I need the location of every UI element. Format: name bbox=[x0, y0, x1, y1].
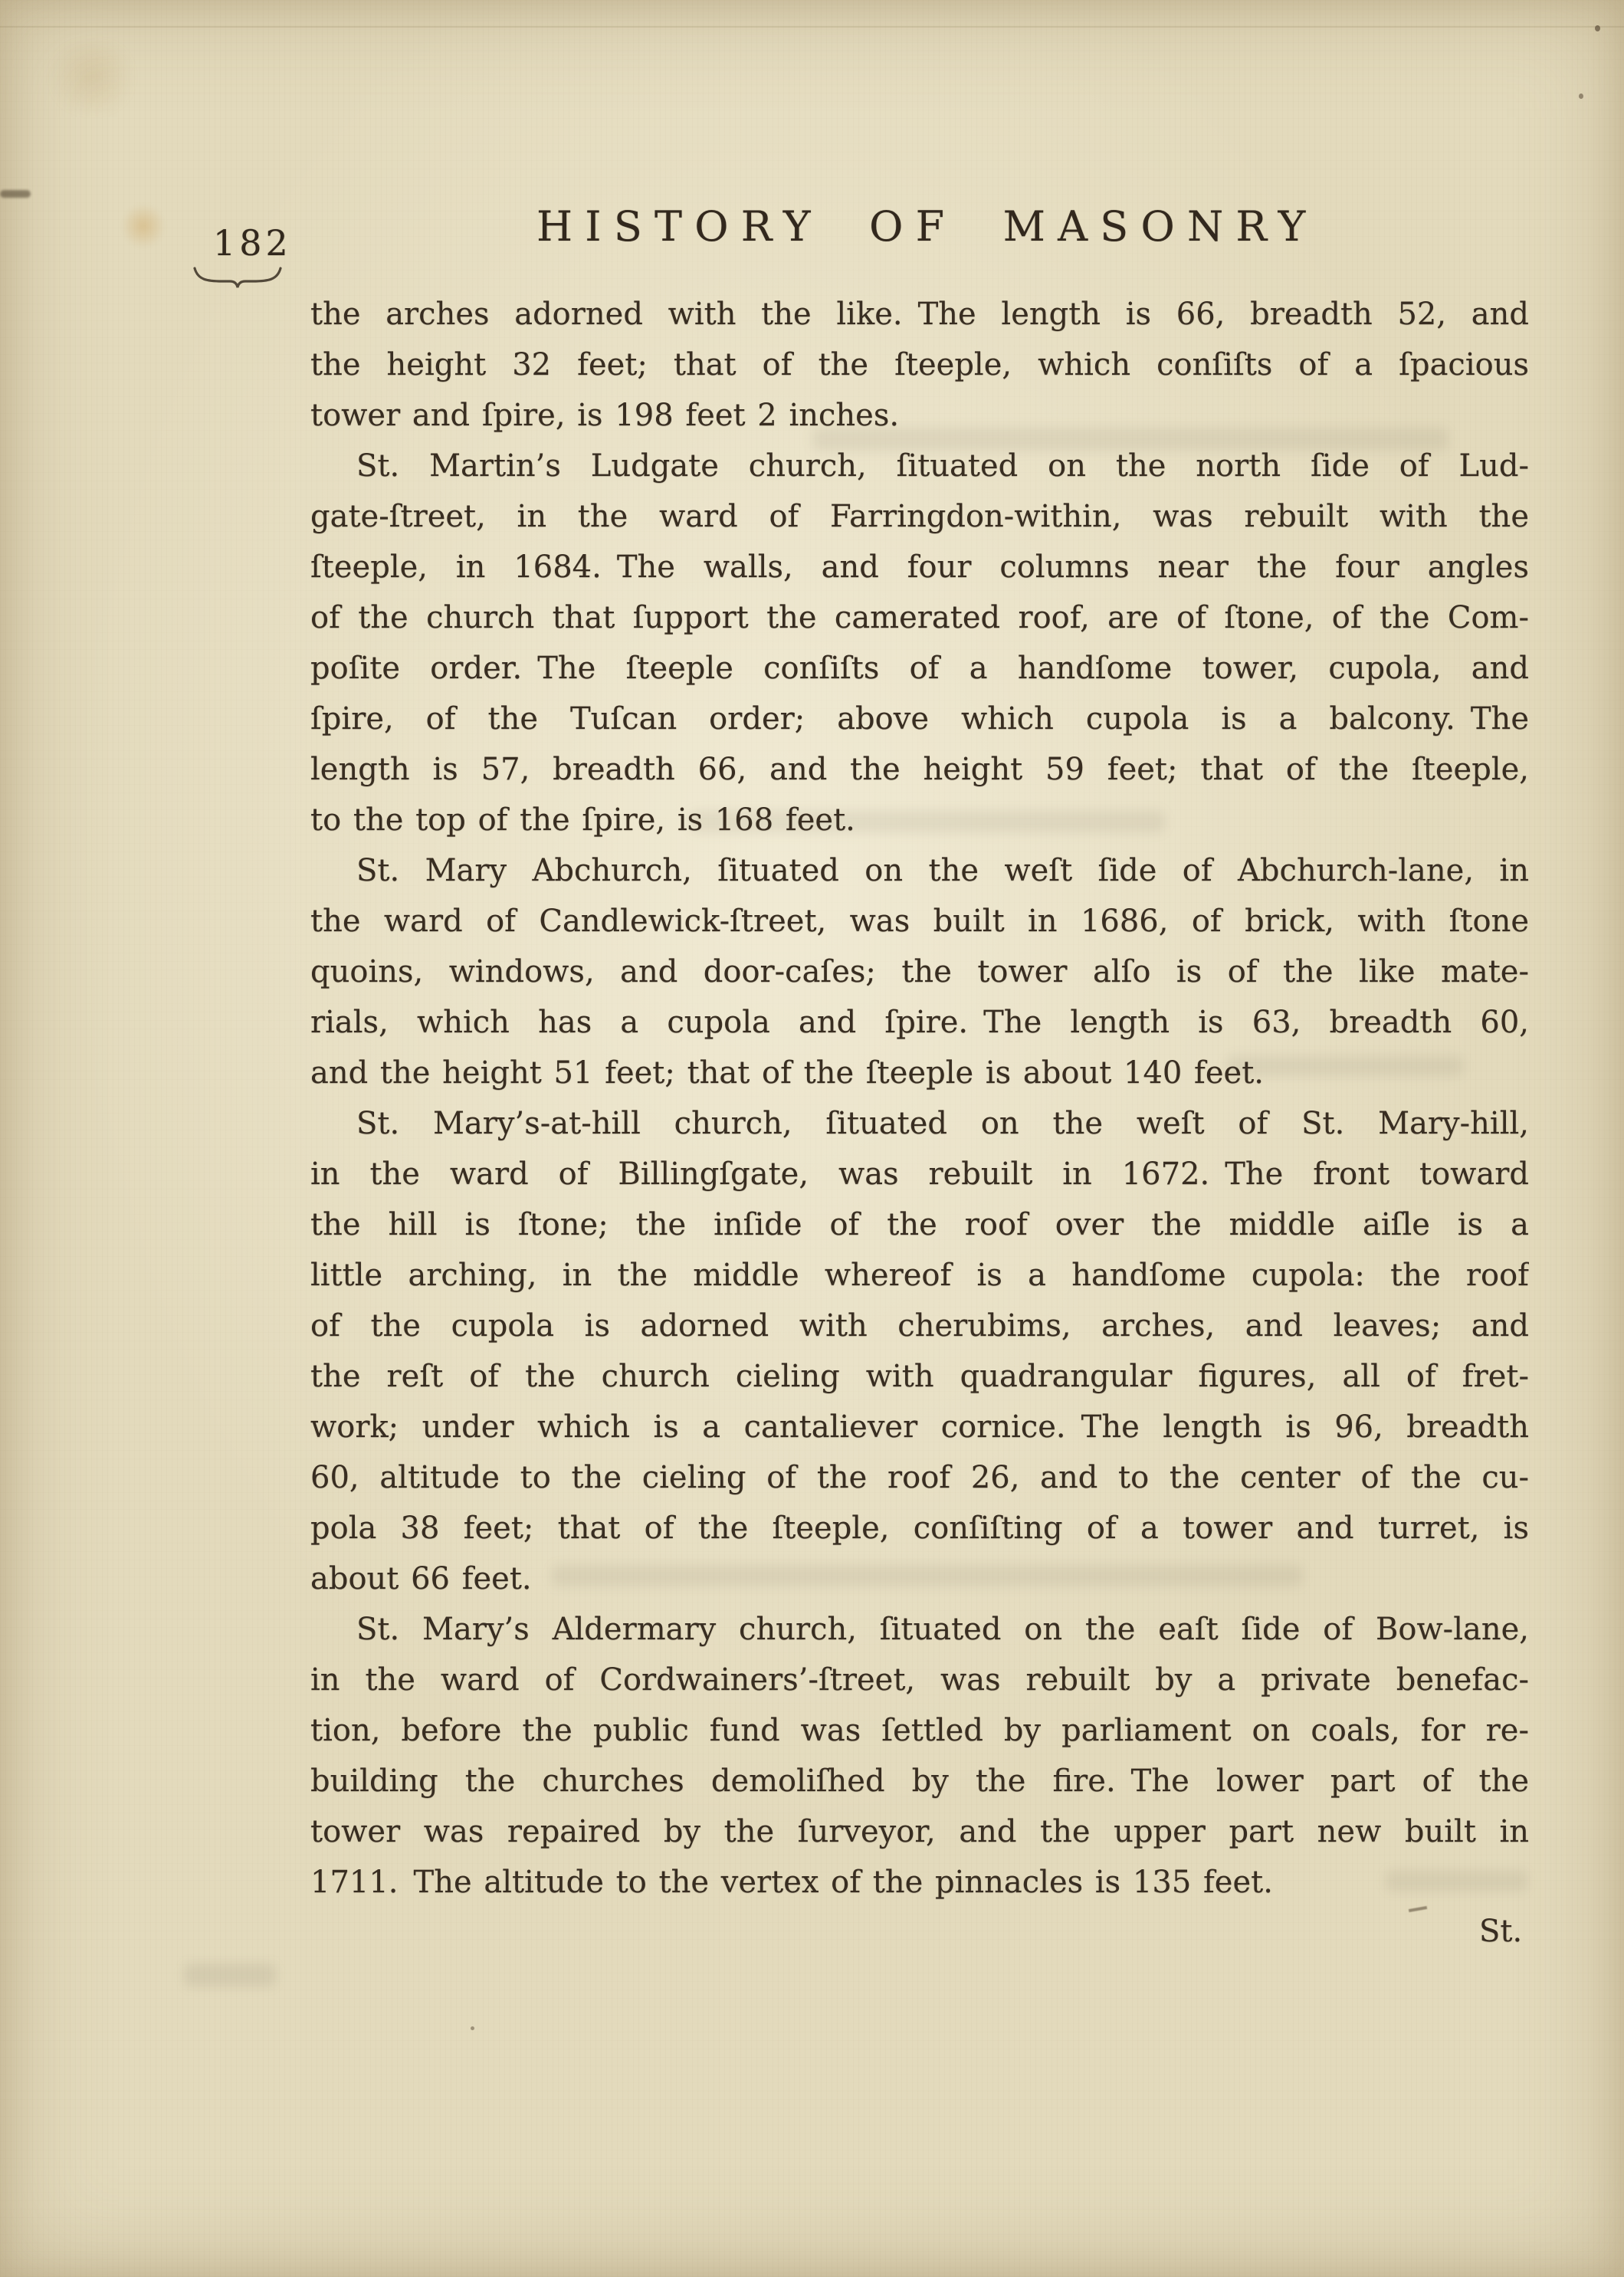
text-line: St. Mary Abchurch, ſituated on the weſt … bbox=[310, 845, 1529, 896]
text-line: ſpire, of the Tuſcan order; above which … bbox=[310, 694, 1529, 744]
text-line: of the church that ſupport the camerated… bbox=[310, 592, 1529, 643]
page-number-brace-icon bbox=[192, 266, 284, 289]
ink-speck bbox=[1595, 25, 1600, 31]
show-through-mark bbox=[184, 1964, 276, 1987]
text-line: St. Mary’s Aldermary church, ſituated on… bbox=[310, 1604, 1529, 1655]
text-line: little arching, in the middle whereof is… bbox=[310, 1250, 1529, 1301]
ink-speck bbox=[1579, 94, 1583, 99]
page-number: 182 bbox=[213, 222, 292, 264]
text-line: the reſt of the church cieling with quad… bbox=[310, 1351, 1529, 1402]
text-line: in the ward of Cordwainers’-ſtreet, was … bbox=[310, 1655, 1529, 1705]
text-line: gate-ſtreet, in the ward of Farringdon-w… bbox=[310, 491, 1529, 542]
text-line: and the height 51 feet; that of the ſtee… bbox=[310, 1048, 1529, 1098]
paper-crease bbox=[0, 26, 1624, 28]
text-line: 1711. The altitude to the vertex of the … bbox=[310, 1857, 1529, 1908]
body-text: the arches adorned with the like. The le… bbox=[310, 289, 1529, 1908]
text-line: length is 57, breadth 66, and the height… bbox=[310, 744, 1529, 795]
text-line: to the top of the ſpire, is 168 feet. bbox=[310, 795, 1529, 845]
paper-stain bbox=[121, 204, 166, 248]
text-line: in the ward of Billingſgate, was rebuilt… bbox=[310, 1149, 1529, 1199]
text-line: the ward of Candlewick-ſtreet, was built… bbox=[310, 896, 1529, 947]
edge-smudge bbox=[0, 190, 31, 198]
text-line: tower and ſpire, is 198 feet 2 inches. bbox=[310, 390, 1529, 441]
text-line: rials, which has a cupola and ſpire. The… bbox=[310, 997, 1529, 1048]
paper-stain bbox=[42, 42, 142, 111]
book-page: 182 HISTORY OF MASONRY the arches adorne… bbox=[0, 0, 1624, 2277]
text-line: work; under which is a cantaliever corni… bbox=[310, 1402, 1529, 1452]
text-line: building the churches demoliſhed by the … bbox=[310, 1756, 1529, 1806]
running-title: HISTORY OF MASONRY bbox=[536, 202, 1295, 251]
text-line: pola 38 feet; that of the ſteeple, conſi… bbox=[310, 1503, 1529, 1554]
text-line: the height 32 feet; that of the ſteeple,… bbox=[310, 340, 1529, 390]
text-line: poſite order. The ſteeple conſiſts of a … bbox=[310, 643, 1529, 694]
text-line: tower was repaired by the ſurveyor, and … bbox=[310, 1806, 1529, 1857]
text-line: the arches adorned with the like. The le… bbox=[310, 289, 1529, 340]
text-line: St. Mary’s-at-hill church, ſituated on t… bbox=[310, 1098, 1529, 1149]
text-line: tion, before the public fund was ſettled… bbox=[310, 1705, 1529, 1756]
text-line: 60, altitude to the cieling of the roof … bbox=[310, 1452, 1529, 1503]
text-line: the hill is ſtone; the inſide of the roo… bbox=[310, 1199, 1529, 1250]
catchword: St. bbox=[1479, 1914, 1522, 1949]
text-line: St. Martin’s Ludgate church, ſituated on… bbox=[310, 441, 1529, 491]
text-line: about 66 feet. bbox=[310, 1554, 1529, 1604]
text-line: quoins, windows, and door-caſes; the tow… bbox=[310, 947, 1529, 997]
text-line: ſteeple, in 1684. The walls, and four co… bbox=[310, 542, 1529, 592]
ink-speck bbox=[471, 2026, 474, 2030]
text-line: of the cupola is adorned with cherubims,… bbox=[310, 1301, 1529, 1351]
